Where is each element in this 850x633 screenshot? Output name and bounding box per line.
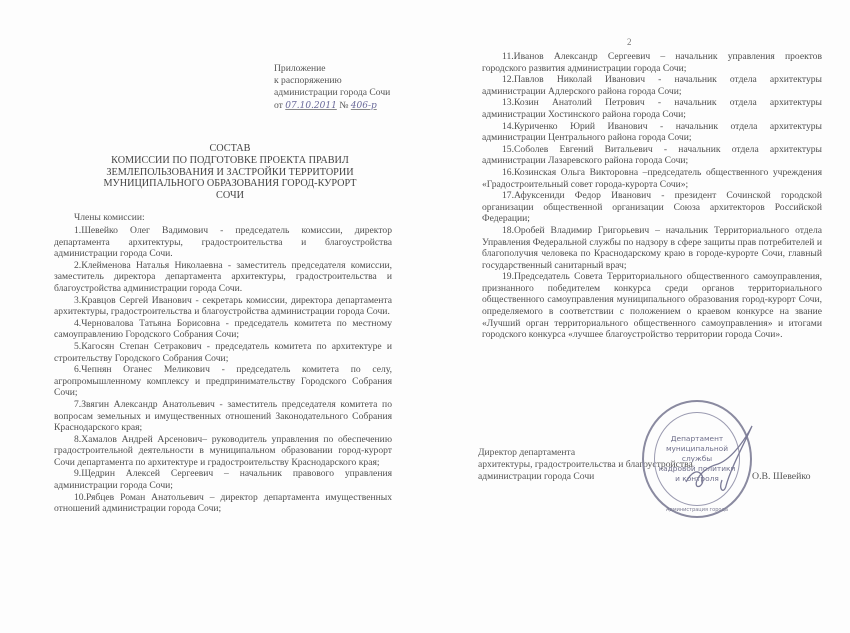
number-prefix: №: [339, 100, 348, 111]
members-list-page-2: 11.Иванов Александр Сергеевич – начальни…: [482, 51, 822, 341]
title-line-3: ЗЕМЛЕПОЛЬЗОВАНИЯ И ЗАСТРОЙКИ ТЕРРИТОРИИ: [95, 167, 365, 179]
member-item: 17.Афуксениди Федор Иванович - президент…: [482, 190, 822, 225]
member-item: 13.Козин Анатолий Петрович - начальник о…: [482, 97, 822, 120]
member-item: 5.Кагосян Степан Сетракович - председате…: [54, 341, 392, 364]
member-item: 9.Щедрин Алексей Сергеевич – начальник п…: [54, 468, 392, 491]
member-item: 3.Кравцов Сергей Иванович - секретарь ко…: [54, 295, 392, 318]
member-item: 12.Павлов Николай Иванович - начальник о…: [482, 74, 822, 97]
annex-date-line: от 07.10.2011 № 406-р: [274, 100, 390, 112]
member-item: 2.Клейменова Наталья Николаевна - замест…: [54, 260, 392, 295]
annex-line-1: Приложение: [274, 63, 390, 75]
member-item: 18.Оробей Владимир Григорьевич – начальн…: [482, 225, 822, 271]
title-line-4: МУНИЦИПАЛЬНОГО ОБРАЗОВАНИЯ ГОРОД-КУРОРТ …: [95, 178, 365, 202]
member-item: 19.Председатель Совета Территориального …: [482, 271, 822, 341]
members-label: Члены комиссии:: [74, 212, 145, 223]
member-item: 11.Иванов Александр Сергеевич – начальни…: [482, 51, 822, 74]
document-title: СОСТАВ КОМИССИИ ПО ПОДГОТОВКЕ ПРОЕКТА ПР…: [95, 143, 365, 202]
annex-line-2: к распоряжению: [274, 75, 390, 87]
annex-header: Приложение к распоряжению администрации …: [274, 63, 390, 112]
title-line-1: СОСТАВ: [95, 143, 365, 155]
member-item: 1.Шевейко Олег Вадимович - председатель …: [54, 225, 392, 260]
member-item: 7.Звягин Александр Анатольевич - замести…: [54, 399, 392, 434]
date-prefix: от: [274, 100, 283, 111]
member-item: 10.Рябцев Роман Анатольевич – директор д…: [54, 492, 392, 515]
member-item: 6.Чепнян Оганес Меликович - председатель…: [54, 364, 392, 399]
handwritten-date: 07.10.2011: [285, 101, 337, 111]
handwritten-number: 406-р: [351, 101, 377, 111]
title-line-2: КОМИССИИ ПО ПОДГОТОВКЕ ПРОЕКТА ПРАВИЛ: [95, 155, 365, 167]
signer-name: О.В. Шевейко: [752, 471, 811, 482]
members-list-page-1: 1.Шевейко Олег Вадимович - председатель …: [54, 225, 392, 515]
annex-line-3: администрации города Сочи: [274, 87, 390, 99]
member-item: 15.Соболев Евгений Витальевич - начальни…: [482, 144, 822, 167]
handwritten-signature-icon: [678, 420, 758, 500]
member-item: 14.Куриченко Юрий Иванович - начальник о…: [482, 121, 822, 144]
member-item: 16.Козинская Ольга Викторовна –председат…: [482, 167, 822, 190]
stamp-ring-text: Администрация города: [644, 507, 750, 513]
member-item: 4.Черновалова Татьяна Борисовна - предсе…: [54, 318, 392, 341]
page-number: 2: [627, 37, 632, 47]
member-item: 8.Хамалов Андрей Арсенович– руководитель…: [54, 434, 392, 469]
page-1: Приложение к распоряжению администрации …: [0, 0, 428, 633]
